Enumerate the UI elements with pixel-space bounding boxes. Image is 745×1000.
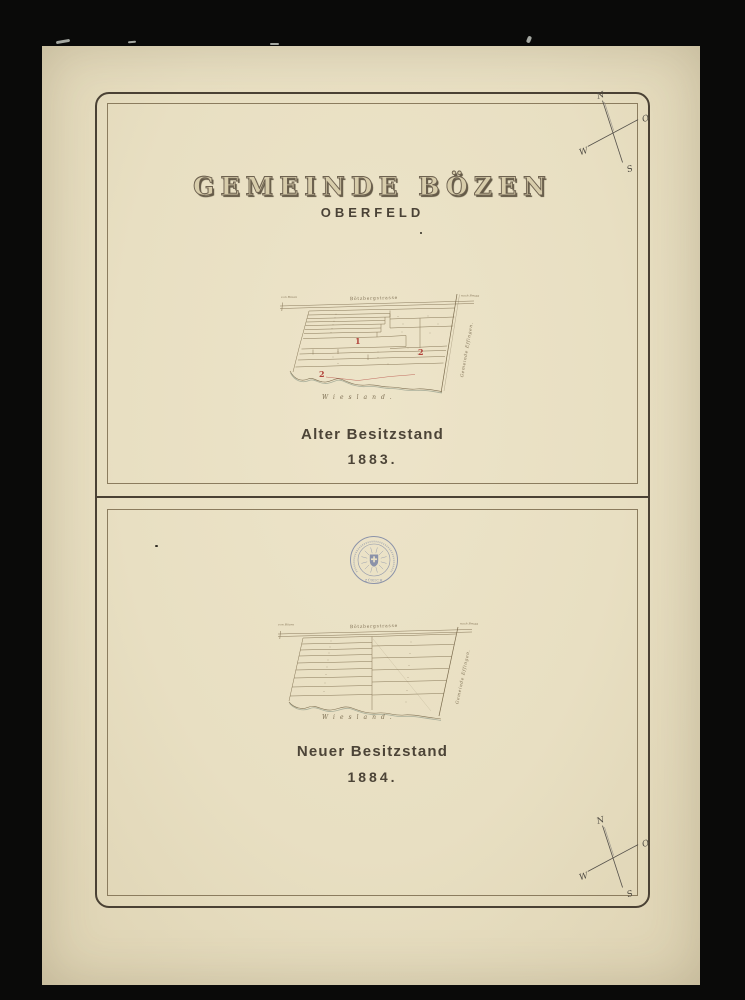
compass-letters: N O S W bbox=[568, 808, 658, 903]
parcel-number-1: 1 bbox=[355, 336, 361, 346]
seal-bottom-text: ZÜRICH bbox=[365, 577, 383, 582]
ink-speck bbox=[155, 545, 158, 547]
compass-east-label: O bbox=[641, 113, 651, 125]
paper-fiber bbox=[526, 36, 532, 44]
municipal-boundary-line bbox=[441, 294, 460, 393]
neighbor-boundary-label: Gemeinde Effingen. bbox=[460, 322, 475, 378]
paper-fiber bbox=[270, 43, 279, 45]
paper-fiber bbox=[56, 39, 70, 44]
parcel-figure-marks bbox=[324, 641, 412, 703]
compass-letters: N O S W bbox=[568, 83, 658, 178]
parcel-lines bbox=[293, 308, 455, 372]
parcel-number-2b: 2 bbox=[319, 369, 325, 379]
ink-speck bbox=[420, 232, 422, 234]
panel-divider bbox=[96, 496, 649, 498]
compass-rose-bottom: N O S W bbox=[568, 808, 658, 903]
page-subtitle: OBERFELD bbox=[95, 205, 650, 220]
caption-alter-besitzstand: Alter Besitzstand bbox=[95, 426, 650, 443]
compass-west-label: W bbox=[578, 145, 591, 158]
road-to-label: nach Brugg bbox=[461, 294, 479, 298]
neighbor-boundary-label: Gemeinde Effingen. bbox=[455, 649, 472, 705]
cadastral-map-1883: 1 2 2 Bötzbergstrasse von Bözen nach Bru… bbox=[278, 288, 480, 412]
stream-line bbox=[290, 371, 442, 393]
road-to-label: nach Brugg bbox=[460, 622, 478, 626]
paper-sheet: GEMEINDE BÖZEN OBERFELD N O S W bbox=[42, 46, 700, 985]
meadow-label: Wiesland. bbox=[322, 714, 397, 721]
parcel-lines bbox=[289, 634, 456, 711]
compass-needle bbox=[576, 92, 649, 171]
paper-fiber bbox=[128, 41, 136, 44]
year-1884: 1884. bbox=[95, 769, 650, 785]
red-boundary-line bbox=[326, 375, 415, 381]
compass-west-label: W bbox=[578, 870, 591, 883]
caption-neuer-besitzstand: Neuer Besitzstand bbox=[95, 743, 650, 760]
compass-rose-top: N O S W bbox=[568, 83, 658, 178]
road-from-label: von Bözen bbox=[278, 623, 294, 627]
scan-background: GEMEINDE BÖZEN OBERFELD N O S W bbox=[0, 0, 745, 1000]
compass-needle bbox=[576, 817, 649, 896]
meadow-label: Wiesland. bbox=[322, 394, 397, 401]
compass-north-label: N bbox=[595, 90, 607, 102]
compass-east-label: O bbox=[641, 838, 651, 850]
compass-south-label: S bbox=[626, 889, 635, 900]
official-seal-stamp: ZÜRICH bbox=[346, 532, 402, 588]
year-1883: 1883. bbox=[95, 451, 650, 467]
road-from-label: von Bözen bbox=[281, 295, 297, 299]
cadastral-map-1884: Bötzbergstrasse von Bözen nach Brugg Gem… bbox=[276, 615, 478, 725]
compass-south-label: S bbox=[626, 164, 635, 175]
road-name-label: Bötzbergstrasse bbox=[350, 624, 398, 630]
parcel-number-2: 2 bbox=[418, 347, 424, 357]
compass-north-label: N bbox=[595, 815, 607, 827]
page-title: GEMEINDE BÖZEN bbox=[95, 172, 650, 201]
road-name-label: Bötzbergstrasse bbox=[350, 296, 398, 302]
swiss-cross-shield-icon bbox=[370, 555, 378, 567]
